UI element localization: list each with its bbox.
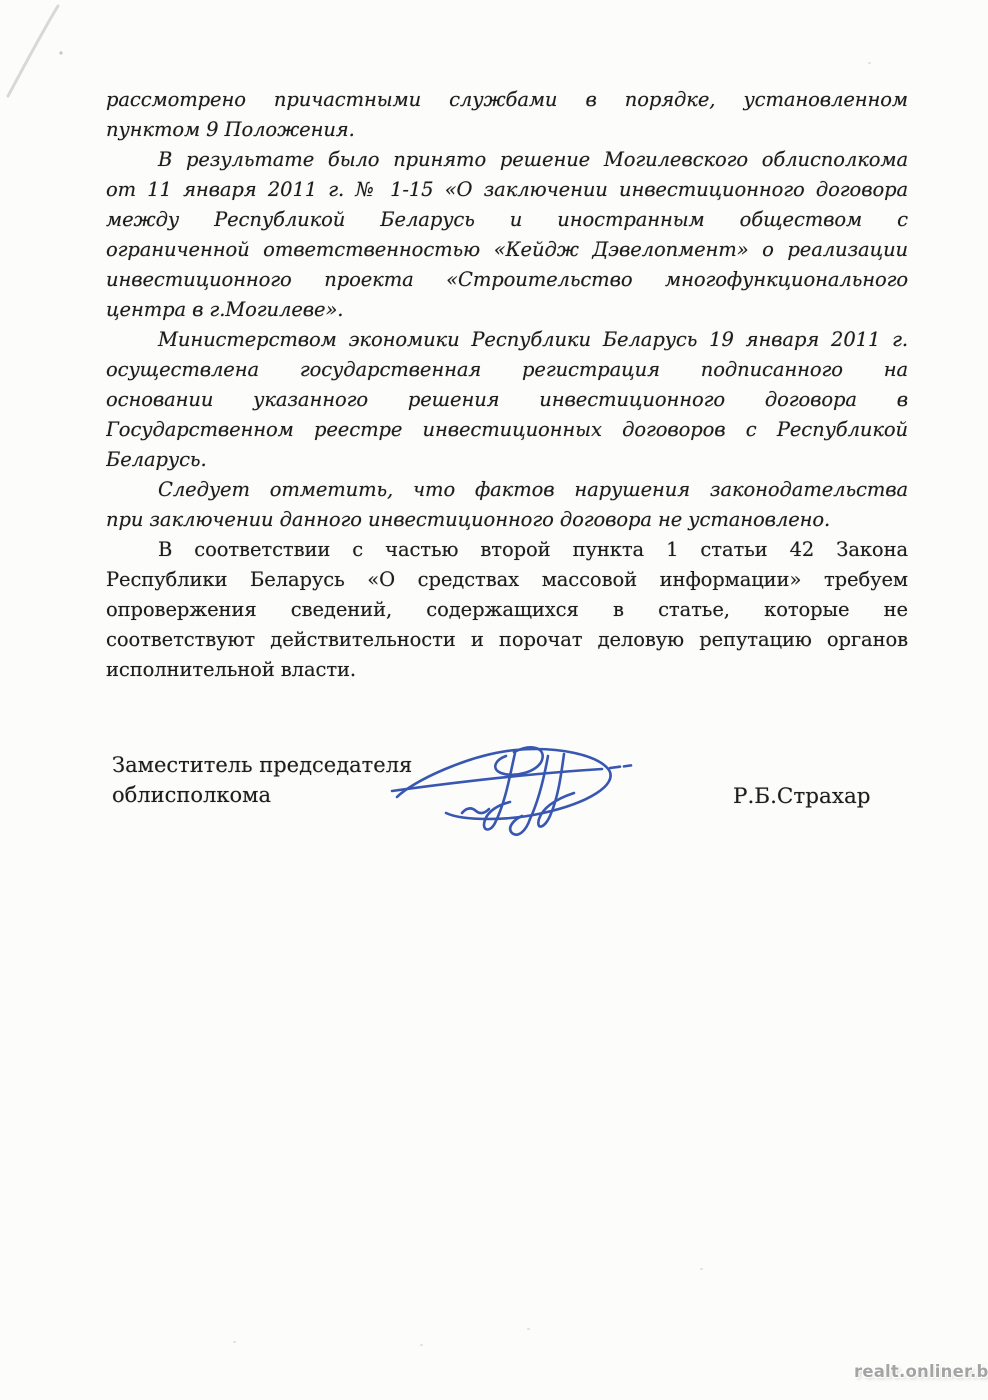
- scan-speckle: [233, 1341, 236, 1343]
- signer-position-title: Заместитель председателя облисполкома: [112, 750, 412, 810]
- text-line: опровержения сведений, содержащихся в ст…: [106, 595, 908, 625]
- paragraph: В соответствии с частью второй пункта 1 …: [106, 535, 908, 685]
- text-line: между Республикой Беларусь и иностранным…: [106, 205, 908, 235]
- scan-speckle: [420, 1344, 423, 1346]
- watermark-text: realt.onliner.by: [854, 1362, 988, 1381]
- text-line: от 11 января 2011 г. № 1-15 «О заключени…: [106, 175, 908, 205]
- text-line: инвестиционного проекта «Строительство м…: [106, 265, 908, 295]
- text-line: Заместитель председателя: [112, 750, 412, 780]
- text-line: Беларусь.: [106, 445, 908, 475]
- text-line: соответствуют действительности и порочат…: [106, 625, 908, 655]
- paper-crease-mark: [0, 0, 90, 110]
- letter-body: рассмотрено причастными службами в поряд…: [106, 85, 908, 685]
- scan-speckle: [868, 62, 871, 64]
- text-line: ограниченной ответственностью «Кейдж Дэв…: [106, 235, 908, 265]
- text-line: пунктом 9 Положения.: [106, 115, 908, 145]
- text-line: облисполкома: [112, 780, 412, 810]
- text-line: Республики Беларусь «О средствах массово…: [106, 565, 908, 595]
- paragraph: Министерством экономики Республики Белар…: [106, 325, 908, 475]
- text-line: В соответствии с частью второй пункта 1 …: [106, 535, 908, 565]
- paragraph: рассмотрено причастными службами в поряд…: [106, 85, 908, 145]
- text-line: В результате было принято решение Могиле…: [106, 145, 908, 175]
- text-line: Министерством экономики Республики Белар…: [106, 325, 908, 355]
- paragraph: Следует отметить, что фактов нарушения з…: [106, 475, 908, 535]
- scan-speckle: [527, 1328, 530, 1330]
- paragraph: В результате было принято решение Могиле…: [106, 145, 908, 325]
- text-line: основании указанного решения инвестицион…: [106, 385, 908, 415]
- signer-name: Р.Б.Страхар: [733, 784, 871, 809]
- text-line: рассмотрено причастными службами в поряд…: [106, 85, 908, 115]
- text-line: осуществлена государственная регистрация…: [106, 355, 908, 385]
- handwritten-signature-ink: [378, 733, 640, 851]
- text-line: при заключении данного инвестиционного д…: [106, 505, 908, 535]
- scanned-document-page: рассмотрено причастными службами в поряд…: [0, 0, 988, 1400]
- scan-speckle: [700, 1268, 703, 1270]
- text-line: исполнительной власти.: [106, 655, 908, 685]
- text-line: центра в г.Могилеве».: [106, 295, 908, 325]
- text-line: Следует отметить, что фактов нарушения з…: [106, 475, 908, 505]
- text-line: Государственном реестре инвестиционных д…: [106, 415, 908, 445]
